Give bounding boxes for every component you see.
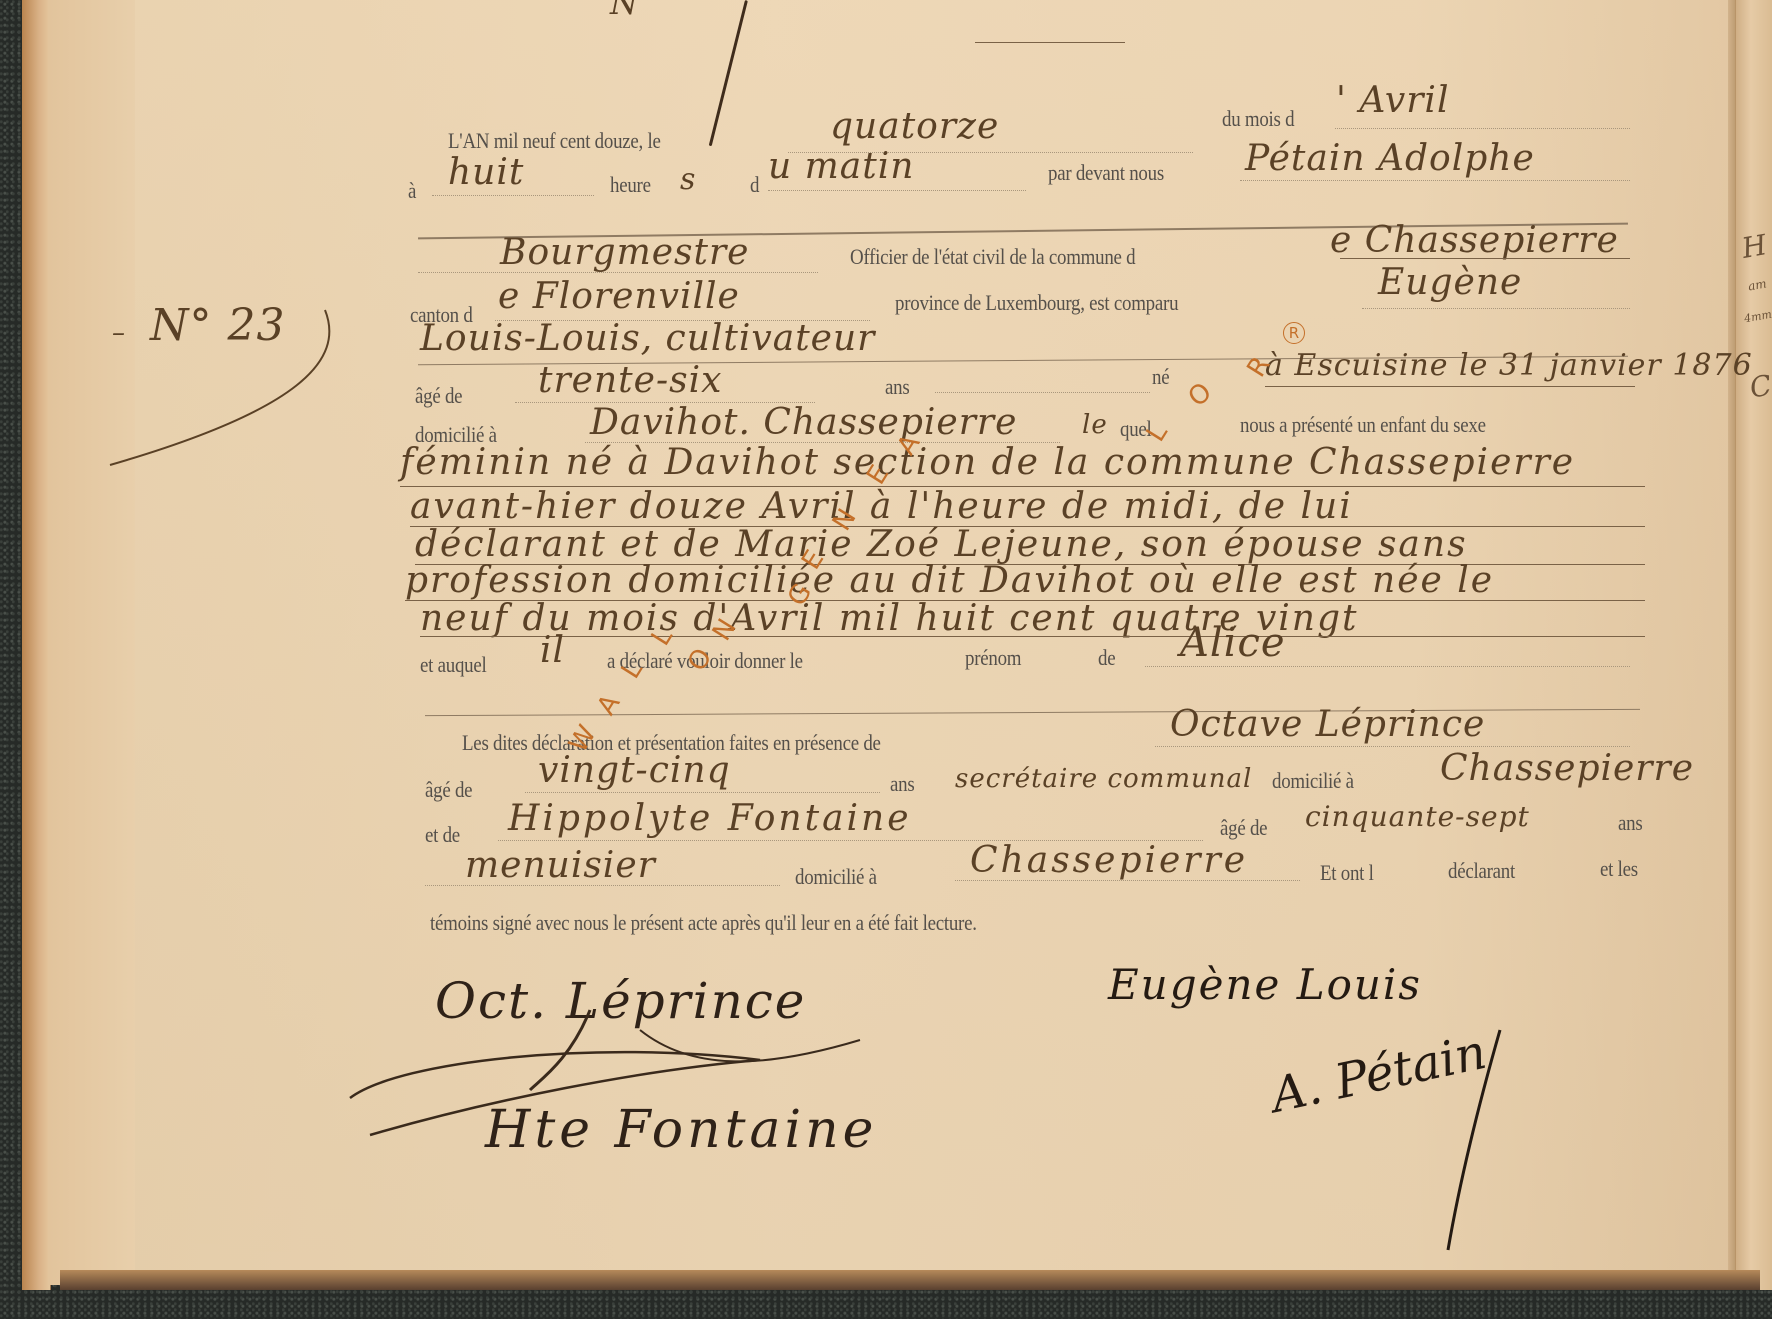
fill-line <box>768 190 1026 191</box>
fill-line <box>935 392 1150 393</box>
printed-text: d <box>750 172 759 198</box>
printed-text: nous a présenté un enfant du sexe <box>1240 412 1486 438</box>
handwritten-child-name: Alice <box>1180 620 1286 666</box>
printed-text: domicilié à <box>1272 768 1354 794</box>
handwritten-declarant-firstname: Eugène <box>1378 262 1522 303</box>
handwritten-witness1-domicile: Chassepierre <box>1440 748 1694 789</box>
printed-text: Officier de l'état civil de la commune d <box>850 244 1135 270</box>
right-page-leaf: H am 4mm C <box>1735 0 1772 1290</box>
fill-line <box>1340 258 1630 259</box>
handwritten-witness2-occupation: menuisier <box>465 845 656 886</box>
signature-witness-2: Hte Fontaine <box>485 1100 877 1160</box>
handwritten-officer-name: Pétain Adolphe <box>1245 138 1535 179</box>
printed-text: âgé de <box>415 383 462 409</box>
printed-text: déclarant <box>1448 858 1515 884</box>
signature-officer-stroke <box>1440 1020 1530 1260</box>
printed-text: ans <box>1618 810 1642 836</box>
right-leaf-fragment: H <box>1739 228 1769 265</box>
handwritten-witness1-name: Octave Léprince <box>1170 704 1485 745</box>
handwritten-declarant-birth: à Escuisine le 31 janvier 1876 <box>1265 348 1753 383</box>
printed-text: par devant nous <box>1048 160 1164 186</box>
printed-text: domicilié à <box>795 864 877 890</box>
printed-text: né <box>1152 364 1169 390</box>
handwritten-declarant-name-occupation: Louis-Louis, cultivateur <box>420 318 875 359</box>
handwritten-witness1-age: vingt-cinq <box>538 750 731 791</box>
printed-text: à <box>408 178 416 204</box>
right-leaf-fragment: am <box>1747 276 1768 293</box>
handwritten-hour: huit <box>448 152 524 193</box>
printed-text: de <box>1098 645 1115 671</box>
handwritten-body-line: avant-hier douze Avril à l'heure de midi… <box>410 486 1353 527</box>
handwritten-witness1-occupation: secrétaire communal <box>955 764 1252 794</box>
handwritten-domicile: Davihot. Chassepierre <box>590 402 1017 443</box>
handwritten-officer-title: Bourgmestre <box>500 232 749 273</box>
handwritten-witness2-age: cinquante-sept <box>1305 800 1530 833</box>
fill-line <box>1145 666 1630 667</box>
printed-text: ans <box>890 771 914 797</box>
handwritten-witness2-name: Hippolyte Fontaine <box>508 798 912 839</box>
handwritten-body-line: profession domiciliée au dit Davihot où … <box>405 560 1494 601</box>
registered-mark-icon: R <box>1283 322 1305 344</box>
page-edge-left <box>22 0 51 1290</box>
printed-text: prénom <box>965 645 1021 671</box>
ruled-line <box>420 636 1645 637</box>
handwritten-body-line: féminin né à Davihot section de la commu… <box>400 442 1575 483</box>
printed-text: âgé de <box>425 777 472 803</box>
printed-text: L'AN mil neuf cent douze, le <box>448 128 661 154</box>
printed-text: province de Luxembourg, est comparu <box>895 290 1178 316</box>
page-margin-strip <box>48 0 137 1285</box>
handwritten-declarant-age: trente-six <box>538 360 722 401</box>
record-number-bracket <box>100 300 350 470</box>
handwritten-month: ' Avril <box>1336 80 1449 121</box>
fill-line <box>1362 308 1630 309</box>
printed-text: et de <box>425 822 460 848</box>
handwritten-correction: le <box>1082 410 1108 440</box>
printed-text: du mois d <box>1222 106 1294 132</box>
top-fragment-underline <box>975 42 1125 43</box>
printed-text: et les <box>1600 856 1638 882</box>
page-bottom-edge <box>60 1270 1760 1290</box>
handwritten-commune: e Chassepierre <box>1330 220 1619 261</box>
handwritten-day: quatorze <box>830 106 999 147</box>
handwritten-plural: s <box>680 162 696 197</box>
printed-text: ans <box>885 374 909 400</box>
fill-line <box>1265 386 1635 387</box>
handwritten-canton: e Florenville <box>498 276 740 317</box>
printed-text: heure <box>610 172 651 198</box>
handwritten-time-of-day: u matin <box>768 146 914 187</box>
printed-text: témoins signé avec nous le présent acte … <box>430 910 977 936</box>
handwritten-body-line: déclarant et de Marie Zoé Lejeune, son é… <box>415 524 1468 565</box>
fill-line <box>1155 746 1630 747</box>
handwritten-pronoun: il <box>540 630 565 671</box>
top-fragment: N° <box>610 0 656 22</box>
fill-line <box>432 195 594 196</box>
fill-line <box>525 792 880 793</box>
printed-text: âgé de <box>1220 815 1267 841</box>
handwritten-witness2-domicile: Chassepierre <box>970 840 1248 881</box>
signature-declarant: Eugène Louis <box>1108 960 1422 1009</box>
printed-text: Et ont l <box>1320 860 1374 886</box>
printed-text: et auquel <box>420 652 487 678</box>
fill-line <box>1335 128 1630 129</box>
fill-line <box>1240 180 1630 181</box>
right-leaf-fragment: 4mm <box>1743 308 1772 326</box>
